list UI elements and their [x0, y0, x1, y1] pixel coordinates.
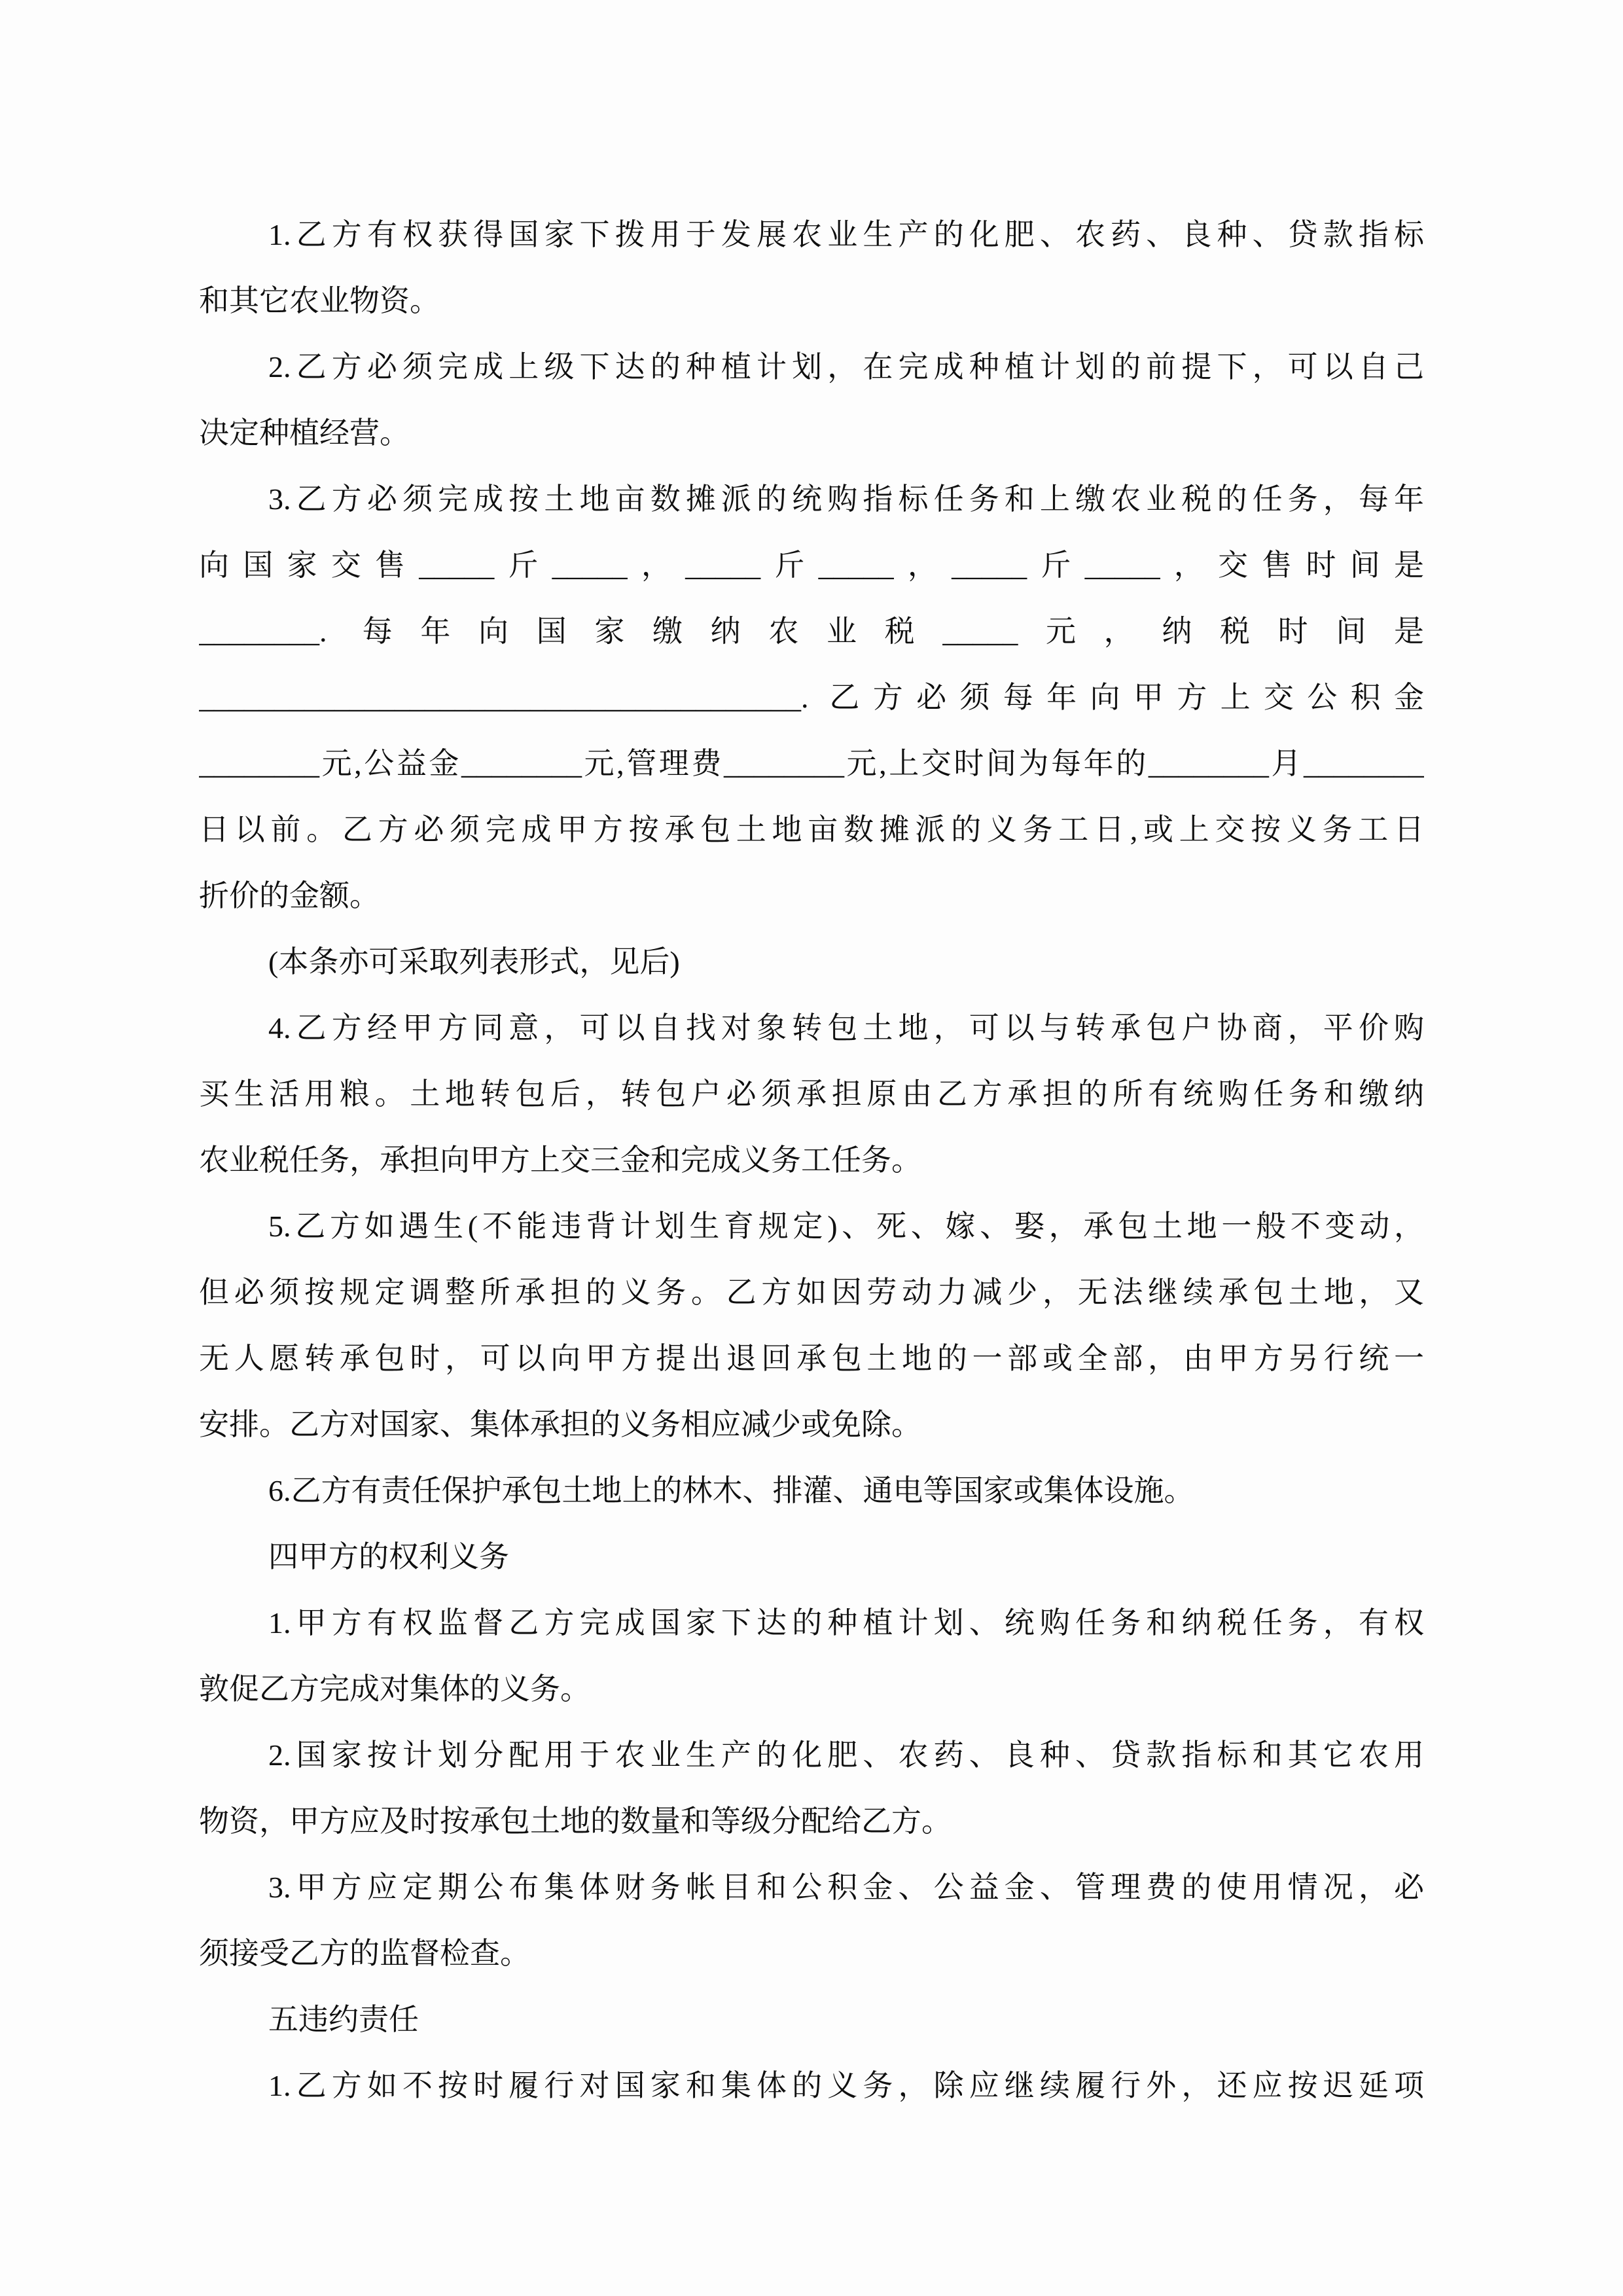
document-line: 物资，甲方应及时按承包土地的数量和等级分配给乙方。 [199, 1788, 1424, 1854]
document-line: 须接受乙方的监督检查。 [199, 1920, 1424, 1986]
document-line: 2.乙方必须完成上级下达的种植计划，在完成种植计划的前提下，可以自己 [199, 334, 1424, 400]
document-line-fill-in-blanks: ________元,公益金________元,管理费________元,上交时间… [199, 730, 1424, 797]
document-line: 1.甲方有权监督乙方完成国家下达的种植计划、统购任务和纳税任务，有权 [199, 1590, 1424, 1656]
document-line: 决定种植经营。 [199, 400, 1424, 466]
document-line: 1.乙方如不按时履行对国家和集体的义务，除应继续履行外，还应按迟延项 [199, 2053, 1424, 2119]
document-line-fill-in-blanks: ________. 每年向国家缴纳农业税_____元，纳税时间是 [199, 598, 1424, 664]
section-heading-5: 五违约责任 [199, 1986, 1424, 2053]
document-line: 无人愿转承包时，可以向甲方提出退回承包土地的一部或全部，由甲方另行统一 [199, 1325, 1424, 1391]
document-line: 6.乙方有责任保护承包土地上的林木、排灌、通电等国家或集体设施。 [199, 1458, 1424, 1524]
document-line: 日以前。乙方必须完成甲方按承包土地亩数摊派的义务工日,或上交按义务工日 [199, 797, 1424, 863]
document-line-fill-in-blanks: ________________________________________… [199, 664, 1424, 730]
document-line: 但必须按规定调整所承担的义务。乙方如因劳动力减少，无法继续承包土地，又 [199, 1259, 1424, 1325]
document-line: 买生活用粮。土地转包后，转包户必须承担原由乙方承担的所有统购任务和缴纳 [199, 1061, 1424, 1127]
document-line: 5.乙方如遇生(不能违背计划生育规定)、死、嫁、娶，承包土地一般不变动， [199, 1193, 1424, 1259]
document-line: 敦促乙方完成对集体的义务。 [199, 1656, 1424, 1722]
document-note-line: (本条亦可采取列表形式，见后) [199, 929, 1424, 995]
document-text-block: 1.乙方有权获得国家下拨用于发展农业生产的化肥、农药、良种、贷款指标 和其它农业… [199, 202, 1424, 2119]
document-line: 农业税任务，承担向甲方上交三金和完成义务工任务。 [199, 1127, 1424, 1193]
document-page: 1.乙方有权获得国家下拨用于发展农业生产的化肥、农药、良种、贷款指标 和其它农业… [0, 0, 1623, 2296]
document-line: 折价的金额。 [199, 863, 1424, 929]
document-line-fill-in-blanks: 向国家交售_____斤_____，_____斤_____，_____斤_____… [199, 532, 1424, 598]
section-heading-4: 四甲方的权利义务 [199, 1524, 1424, 1590]
document-line: 安排。乙方对国家、集体承担的义务相应减少或免除。 [199, 1391, 1424, 1458]
document-line: 1.乙方有权获得国家下拨用于发展农业生产的化肥、农药、良种、贷款指标 [199, 202, 1424, 268]
document-line: 和其它农业物资。 [199, 268, 1424, 334]
document-line: 3.甲方应定期公布集体财务帐目和公积金、公益金、管理费的使用情况，必 [199, 1854, 1424, 1920]
document-line: 2.国家按计划分配用于农业生产的化肥、农药、良种、贷款指标和其它农用 [199, 1722, 1424, 1788]
document-line: 4.乙方经甲方同意，可以自找对象转包土地，可以与转承包户协商，平价购 [199, 995, 1424, 1061]
document-line: 3.乙方必须完成按土地亩数摊派的统购指标任务和上缴农业税的任务，每年 [199, 466, 1424, 532]
